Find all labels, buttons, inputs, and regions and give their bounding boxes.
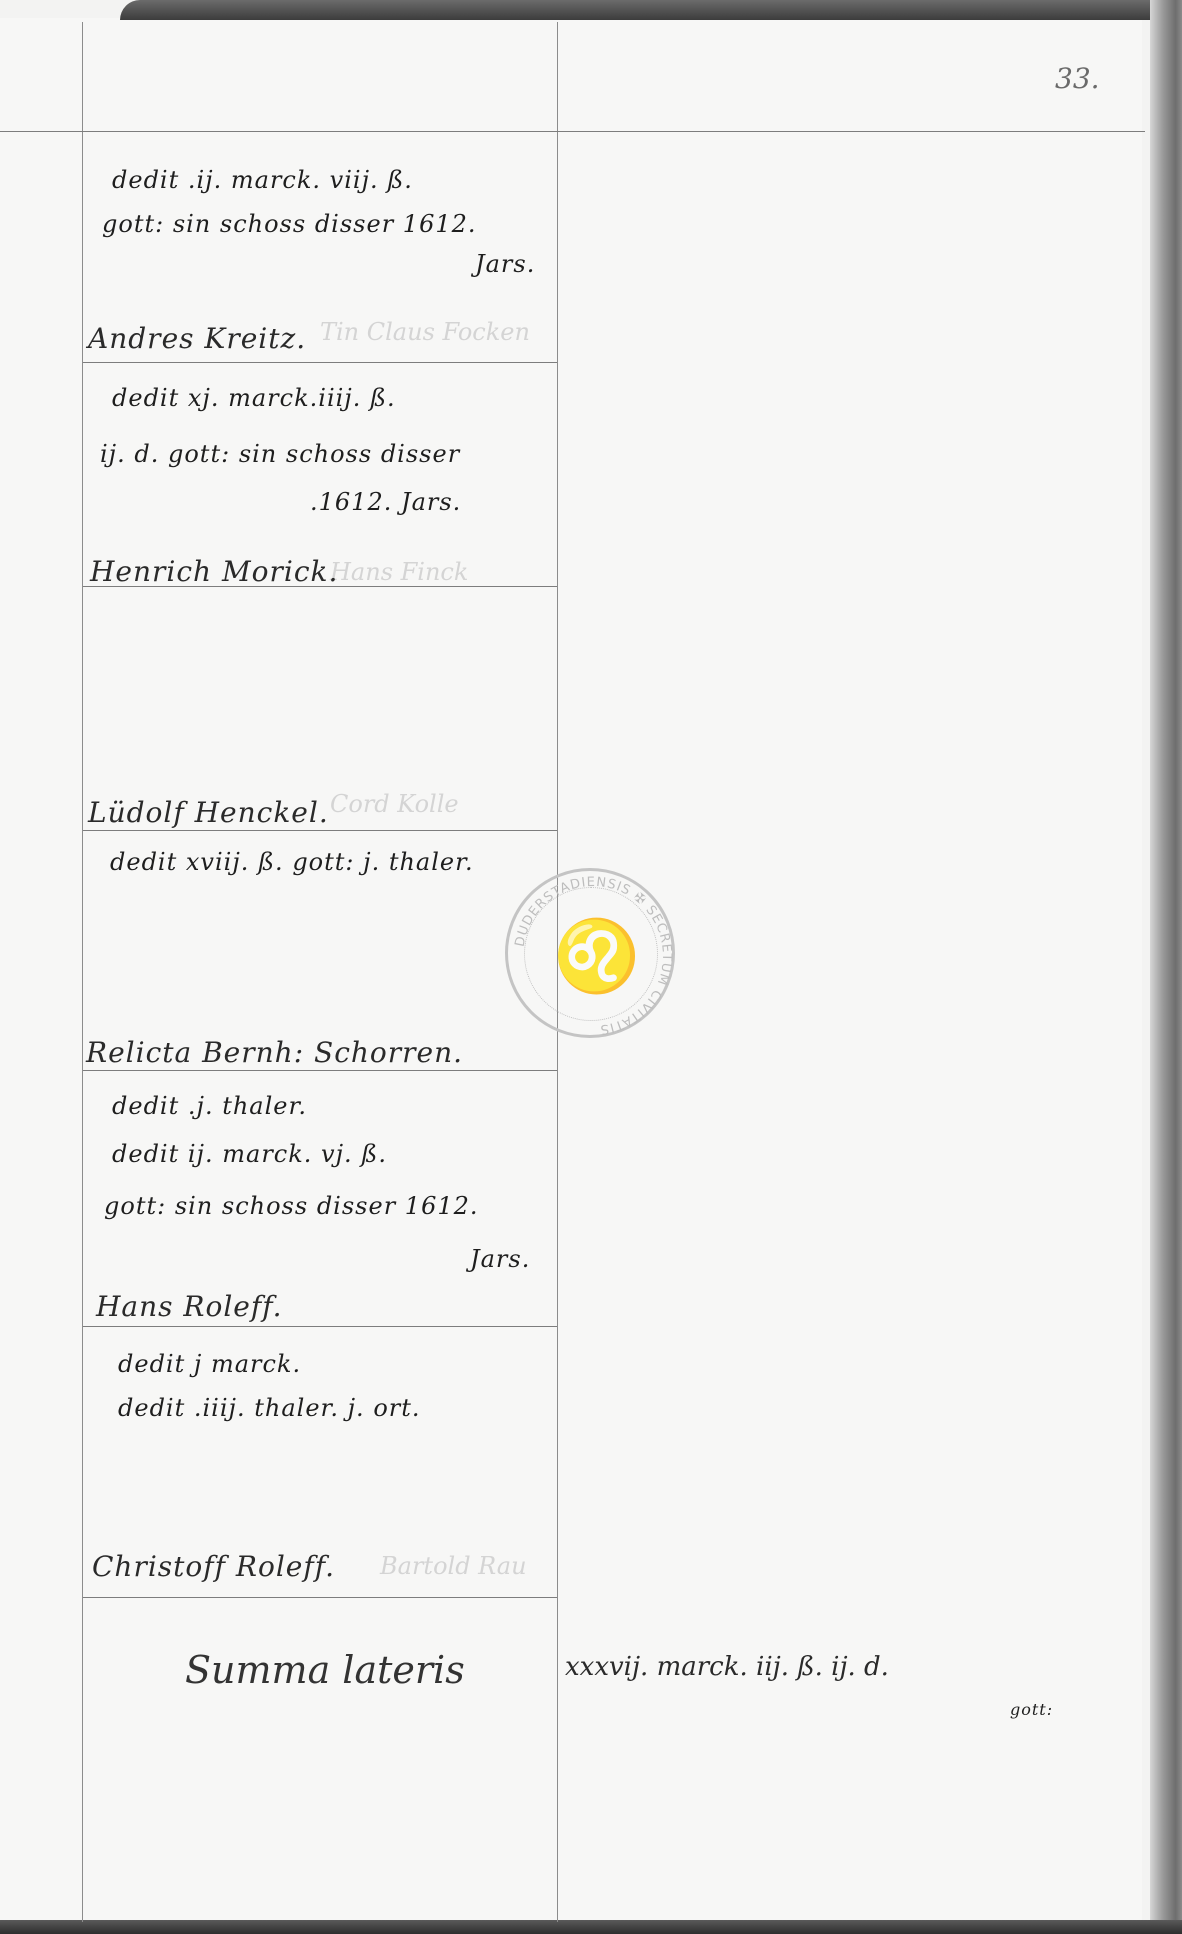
entry-rule [83,1326,557,1327]
entry-rule [83,830,557,831]
bleed-through-text: Tin Claus Focken [320,318,530,346]
entry-line: dedit xj. marck.iiij. ß. [112,384,396,412]
folio-number: 33. [1055,62,1100,95]
entry-rule [83,362,557,363]
entry-line: Jars. [470,1245,530,1273]
entry-name: Relicta Bernh: Schorren. [86,1036,463,1069]
entry-line: .1612. Jars. [310,488,461,516]
book-top-edge [120,0,1182,20]
city-seal-stamp: DUDERSTADIENSIS ✠ SECRETUM CIVITATIS ♌ [505,868,675,1038]
entry-name: Henrich Morick. [90,555,338,588]
summa-note: gott: [1010,1700,1053,1719]
entry-line: dedit ij. marck. vj. ß. [112,1140,387,1168]
bleed-through-text: Hans Finck [330,558,468,586]
entry-line: dedit j marck. [118,1350,301,1378]
entry-line: dedit .iiij. thaler. j. ort. [118,1394,421,1422]
summa-lateris-label: Summa lateris [185,1648,465,1692]
entry-name: Lüdolf Henckel. [88,796,329,829]
bleed-through-text: Cord Kolle [330,790,459,818]
lion-icon: ♌ [553,911,633,1001]
entry-line: Jars. [475,250,535,278]
entry-line: gott: sin schoss disser 1612. [104,1192,479,1220]
entry-name: Christoff Roleff. [92,1550,335,1583]
bleed-through-text: Bartold Rau [380,1552,527,1580]
entry-line: dedit .j. thaler. [112,1092,307,1120]
entry-line: dedit xviij. ß. gott: j. thaler. [110,848,474,876]
entry-rule [83,1070,557,1071]
summa-amount: xxxvij. marck. iij. ß. ij. d. [565,1652,889,1682]
book-fore-edge [1150,0,1182,1934]
entry-name: Andres Kreitz. [88,322,306,355]
book-bottom-edge [0,1920,1182,1934]
entry-name: Hans Roleff. [96,1290,283,1323]
margin-rule-left [82,22,83,1922]
entry-line: dedit .ij. marck. viij. ß. [112,166,413,194]
entry-rule [83,1597,557,1598]
header-rule [0,131,1145,132]
entry-line: gott: sin schoss disser 1612. [102,210,477,238]
entry-line: ij. d. gott: sin schoss disser [100,440,460,468]
entry-rule [83,586,557,587]
